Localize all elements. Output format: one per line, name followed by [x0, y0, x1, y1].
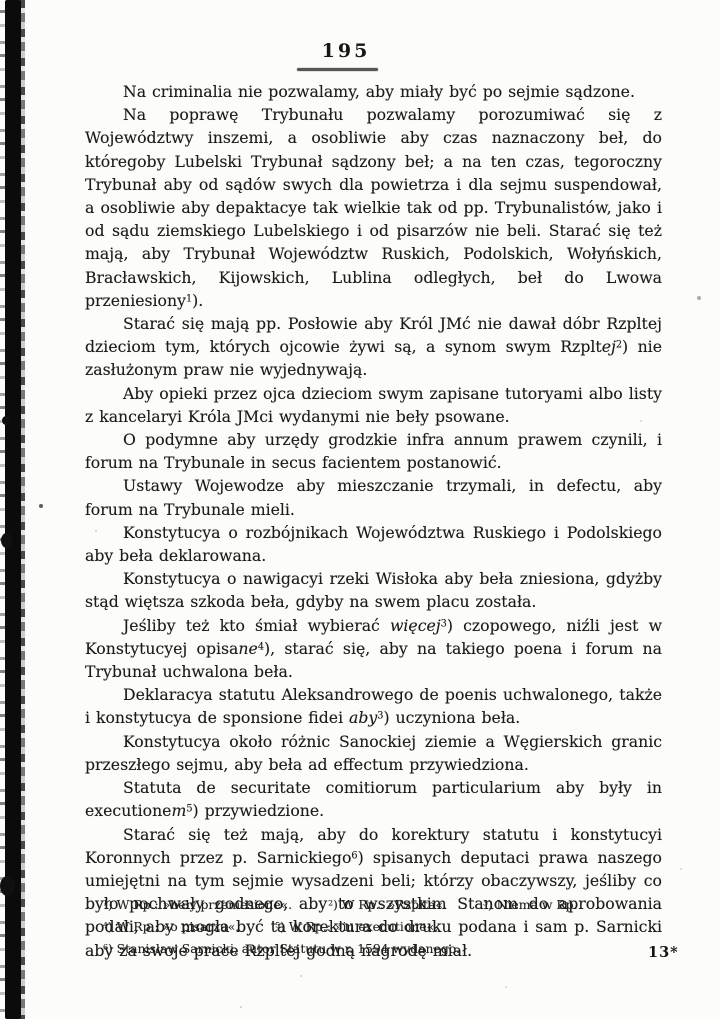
- body-text: Na criminalia nie pozwalamy, aby miały b…: [85, 80, 662, 962]
- paragraph: Statuta de securitate comitiorum particu…: [85, 776, 662, 822]
- paragraph: Aby opieki przez ojca dzieciom swym zapi…: [85, 382, 662, 428]
- paragraph: Konstytucya około różnic Sanockiej ziemi…: [85, 730, 662, 776]
- footnote-row: 4) W Rp.: »o pisarzu«.5) W Rp.: »in exec…: [103, 916, 643, 938]
- footnote-marker: 1: [186, 293, 192, 304]
- paragraph: Starać się mają pp. Posłowie aby Król JM…: [85, 312, 662, 382]
- footnote-marker: 2: [328, 899, 333, 908]
- footnote: 1) W Rp.: »beły przeniesione«.: [103, 894, 292, 916]
- footnote-row: 6) Stanisław Sarnicki, autor Statutu w r…: [103, 938, 643, 960]
- footnote: 5) W Rp.: »in executione«.: [275, 916, 438, 938]
- paragraph: Deklaracya statutu Aleksandrowego de poe…: [85, 683, 662, 729]
- footnote-marker: 4: [103, 921, 108, 930]
- ink-blot: [2, 416, 10, 425]
- paragraph: Ustawy Wojewodze aby mieszczanie trzymal…: [85, 474, 662, 520]
- paragraph: O podymne aby urzędy grodzkie infra annu…: [85, 428, 662, 474]
- footnote-marker: 6: [103, 943, 108, 952]
- scanned-page: 195 Na criminalia nie pozwalamy, aby mia…: [0, 0, 720, 1019]
- paragraph: Na poprawę Trybunału pozwalamy porozumiw…: [85, 103, 662, 312]
- signature-mark: 13*: [648, 944, 679, 961]
- footnote: 2) W Rp.: »Rzplta«.: [328, 894, 447, 916]
- footnotes: 1) W Rp.: »beły przeniesione«.2) W Rp.: …: [103, 894, 643, 960]
- footnote-marker: 5: [186, 804, 192, 815]
- footnote-marker: 3: [377, 711, 383, 722]
- footnote: 3) Niema w Rp.: [483, 894, 578, 916]
- footnote-row: 1) W Rp.: »beły przeniesione«.2) W Rp.: …: [103, 894, 643, 916]
- footnote-marker: 6: [351, 850, 357, 861]
- paragraph: Jeśliby też kto śmiał wybierać więcej3) …: [85, 614, 662, 684]
- ink-blot: [0, 876, 15, 896]
- page-number-rule: [297, 68, 378, 71]
- footnote: 4) W Rp.: »o pisarzu«.: [103, 916, 239, 938]
- page-number: 195: [296, 40, 396, 62]
- paragraph: Konstytucya o nawigacyi rzeki Wisłoka ab…: [85, 567, 662, 613]
- footnote-marker: 3: [441, 618, 447, 629]
- paragraph: Konstytucya o rozbójnikach Województwa R…: [85, 521, 662, 567]
- binding-shadow: [5, 0, 21, 1019]
- footnote-marker: 4: [258, 642, 264, 653]
- ink-blot: [1, 533, 12, 548]
- paragraph: Na criminalia nie pozwalamy, aby miały b…: [85, 80, 662, 103]
- footnote-marker: 1: [103, 899, 108, 908]
- footnote-marker: 5: [275, 921, 280, 930]
- footnote-marker: 3: [483, 899, 488, 908]
- scan-specks: [0, 0, 2, 2]
- footnote-marker: 2: [616, 340, 622, 351]
- footnote: 6) Stanisław Sarnicki, autor Statutu w r…: [103, 938, 460, 960]
